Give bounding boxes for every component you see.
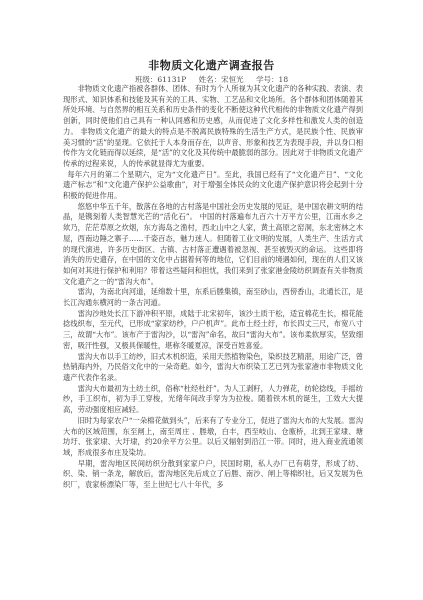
paragraph: 悠悠中华五千年，散落在各地的古村落是中国社会历史发展的见证，是中国农耕文明的结晶… [63,202,363,288]
name-label: 姓名：宋恒光 [199,75,244,84]
student-id-label: 学号：18 [256,75,288,84]
paragraph: 雷沟大布最初为土纺土织，俗称“杜经杜纡”。为人工剥籽，人力弹花，纺轮捻线，手摇纺… [63,384,363,416]
document-body: 非物质文化遗产指被各群体、团体、有时为个人所视为其文化遗产的各种实践、表演、表现… [63,84,363,491]
document-title: 非物质文化遗产调查报告 [0,57,423,73]
paragraph: 雷沟沙地处长江下游冲积平原，成陆于北宋初年，该沙土质干松，适宜棉花生长，棉花能捻… [63,309,363,352]
paragraph: 早期，雷沟地区民间纺织分散到家家户户，民国时期，私人办厂已有萌芽，形成了纺、织、… [63,459,363,491]
paragraph: 旧时为每家农户“一朵棉花做到头”，后来有了专业分工，促进了雷沟大布的大发展。雷沟… [63,416,363,459]
paragraph: 雷沟，为南北向河道，延绵数十里，东系后塍集镇，南至砂山，西傍香山，北通长江，是长… [63,287,363,308]
document-page: 非物质文化遗产调查报告 班级：61131P 姓名：宋恒光 学号：18 非物质文化… [0,0,423,600]
paragraph: 每年六月的第二个星期六，定为“文化遗产日”。至此，我国已经有了“文化遗产日”、“… [63,170,363,202]
paragraph: 非物质文化遗产指被各群体、团体、有时为个人所视为其文化遗产的各种实践、表演、表现… [63,84,363,170]
class-label: 班级：61131P [135,75,186,84]
paragraph: 雷沟大布以手工纺纱，旧式木机织造，采用天然植物染色，染织技艺精湛，用途广泛，曾热… [63,352,363,384]
